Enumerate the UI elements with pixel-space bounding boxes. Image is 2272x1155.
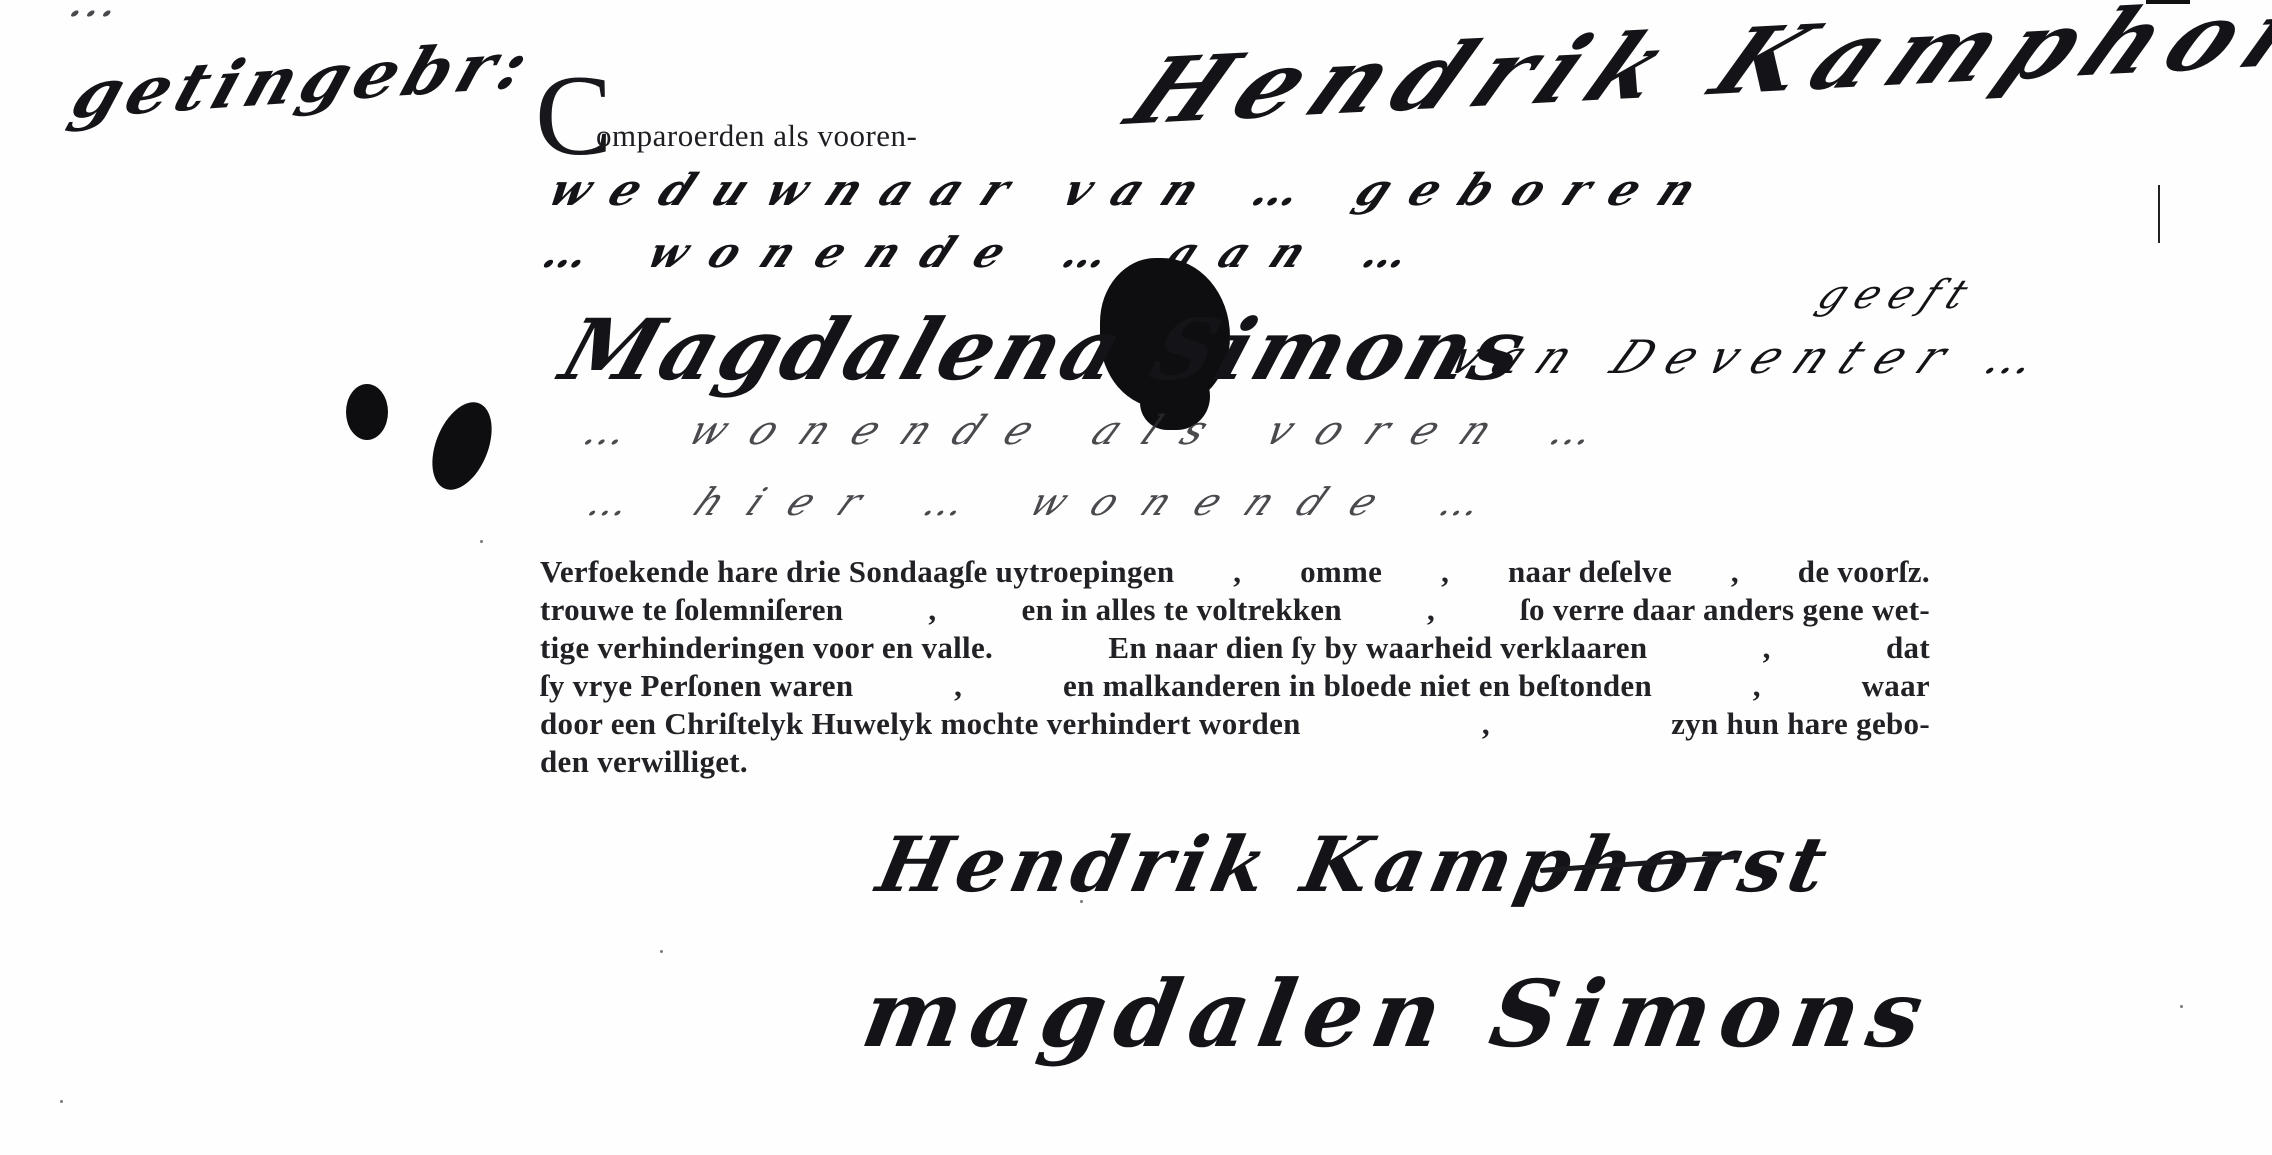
text-segment: ſy vrye Perſonen waren (540, 667, 853, 705)
text-segment: omme (1300, 553, 1382, 591)
text-segment: ſo verre daar anders gene wet- (1520, 591, 1930, 629)
printed-intro: omparoerden als vooren- (596, 118, 917, 154)
text-segment: de voorſz. (1798, 553, 1930, 591)
handwritten-bride-name: Magdalena Simons (550, 300, 1541, 399)
handwritten-line-5: … wonende als voren … (575, 408, 1632, 454)
ink-blot-small-1 (346, 384, 388, 440)
handwritten-line-2: weduwnaar van … geboren (540, 165, 1727, 216)
margin-annotation: getingebr: (62, 25, 545, 134)
text-segment: zyn hun hare gebo- (1671, 705, 1930, 743)
handwritten-superscript-note: geeft (1810, 272, 1985, 318)
text-segment: , (954, 667, 962, 705)
text-segment: En naar dien ſy by waarheid verklaaren (1108, 629, 1647, 667)
paragraph-line-1: Verfoekende hare drie Sondaagſe uytroepi… (540, 553, 1930, 591)
text-segment: , (1482, 705, 1490, 743)
handwritten-bride-suffix: van Deventer … (1440, 330, 2066, 384)
paragraph-line-6: den verwilliget. (540, 743, 1930, 781)
text-segment: en in alles te voltrekken (1022, 591, 1342, 629)
handwritten-groom-name: Hendrik Kamphorst (1110, 0, 2272, 146)
text-segment: , (1753, 667, 1761, 705)
paper-speck (2180, 1005, 2183, 1008)
text-segment: waar (1862, 667, 1930, 705)
paragraph-line-5: door een Chriſtelyk Huwelyk mochte verhi… (540, 705, 1930, 743)
drop-cap: C (535, 58, 612, 174)
paper-speck (1080, 900, 1083, 903)
text-segment: , (1731, 553, 1739, 591)
printed-paragraph: Verfoekende hare drie Sondaagſe uytroepi… (540, 553, 1930, 781)
text-segment: den verwilliget. (540, 743, 748, 781)
text-segment: , (1427, 591, 1435, 629)
handwritten-line-6: … hier … wonende … (580, 480, 1521, 524)
paper-speck (480, 540, 483, 543)
text-segment: , (1233, 553, 1241, 591)
paragraph-line-4: ſy vrye Perſonen waren , en malkanderen … (540, 667, 1930, 705)
text-segment: , (1441, 553, 1449, 591)
text-segment: naar deſelve (1508, 553, 1672, 591)
text-segment: , (1763, 629, 1771, 667)
text-segment: trouwe te ſolemniſeren (540, 591, 843, 629)
text-segment: Verfoekende hare drie Sondaagſe uytroepi… (540, 553, 1174, 591)
signature-bride: magdalen Simons (855, 960, 1940, 1068)
text-segment: tige verhinderingen voor en valle. (540, 629, 993, 667)
right-margin-rule (2158, 185, 2160, 243)
document-page: … getingebr: C omparoerden als vooren- H… (0, 0, 2272, 1155)
signature-groom: Hendrik Kamphorst (870, 820, 1840, 909)
paragraph-line-3: tige verhinderingen voor en valle. En na… (540, 629, 1930, 667)
handwritten-line-3: … wonende … aan … (535, 228, 1443, 277)
text-segment: , (928, 591, 936, 629)
paper-speck (60, 1100, 63, 1103)
text-segment: en malkanderen in bloede niet en beſtond… (1063, 667, 1652, 705)
margin-fragment-top: … (60, 0, 140, 28)
ink-blot-small-2 (421, 394, 504, 499)
paper-speck (660, 950, 663, 953)
text-segment: dat (1886, 629, 1930, 667)
paragraph-line-2: trouwe te ſolemniſeren , en in alles te … (540, 591, 1930, 629)
text-segment: door een Chriſtelyk Huwelyk mochte verhi… (540, 705, 1301, 743)
